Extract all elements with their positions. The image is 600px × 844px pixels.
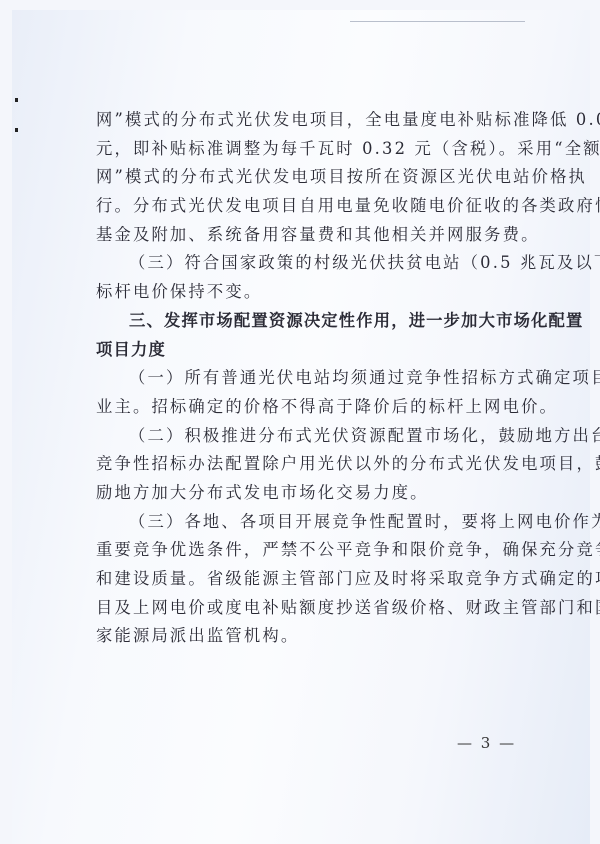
page-number: — 3 —: [457, 734, 516, 752]
text-line: 网”模式的分布式光伏发电项目，全电量度电补贴标准降低 0.05: [96, 106, 510, 135]
text-line: 基金及附加、系统备用容量费和其他相关并网服务费。: [96, 221, 510, 250]
text-line: 重要竞争优选条件，严禁不公平竞争和限价竞争，确保充分竞争: [96, 536, 510, 565]
scan-edge-line: [350, 21, 525, 22]
text-line: 网”模式的分布式光伏发电项目按所在资源区光伏电站价格执: [96, 163, 510, 192]
text-line: （三）符合国家政策的村级光伏扶贫电站（0.5 兆瓦及以下）: [96, 249, 510, 278]
section-heading: 项目力度: [96, 336, 510, 365]
text-line: （一）所有普通光伏电站均须通过竞争性招标方式确定项目: [96, 364, 510, 393]
text-line: （二）积极推进分布式光伏资源配置市场化，鼓励地方出台: [96, 422, 510, 451]
section-heading: 三、发挥市场配置资源决定性作用，进一步加大市场化配置: [96, 307, 510, 336]
text-line: 竞争性招标办法配置除户用光伏以外的分布式光伏发电项目，鼓: [96, 450, 510, 479]
text-line: 和建设质量。省级能源主管部门应及时将采取竞争方式确定的项: [96, 565, 510, 594]
text-line: 目及上网电价或度电补贴额度抄送省级价格、财政主管部门和国: [96, 594, 510, 623]
text-line: 元，即补贴标准调整为每千瓦时 0.32 元（含税）。采用“全额上: [96, 135, 510, 164]
text-line: 家能源局派出监管机构。: [96, 622, 510, 651]
text-line: （三）各地、各项目开展竞争性配置时，要将上网电价作为: [96, 508, 510, 537]
binding-hole-mark: [15, 128, 18, 132]
text-line: 业主。招标确定的价格不得高于降价后的标杆上网电价。: [96, 393, 510, 422]
document-body: 网”模式的分布式光伏发电项目，全电量度电补贴标准降低 0.05 元，即补贴标准调…: [96, 106, 510, 651]
binding-hole-mark: [15, 98, 18, 102]
text-line: 励地方加大分布式发电市场化交易力度。: [96, 479, 510, 508]
text-line: 行。分布式光伏发电项目自用电量免收随电价征收的各类政府性: [96, 192, 510, 221]
text-line: 标杆电价保持不变。: [96, 278, 510, 307]
